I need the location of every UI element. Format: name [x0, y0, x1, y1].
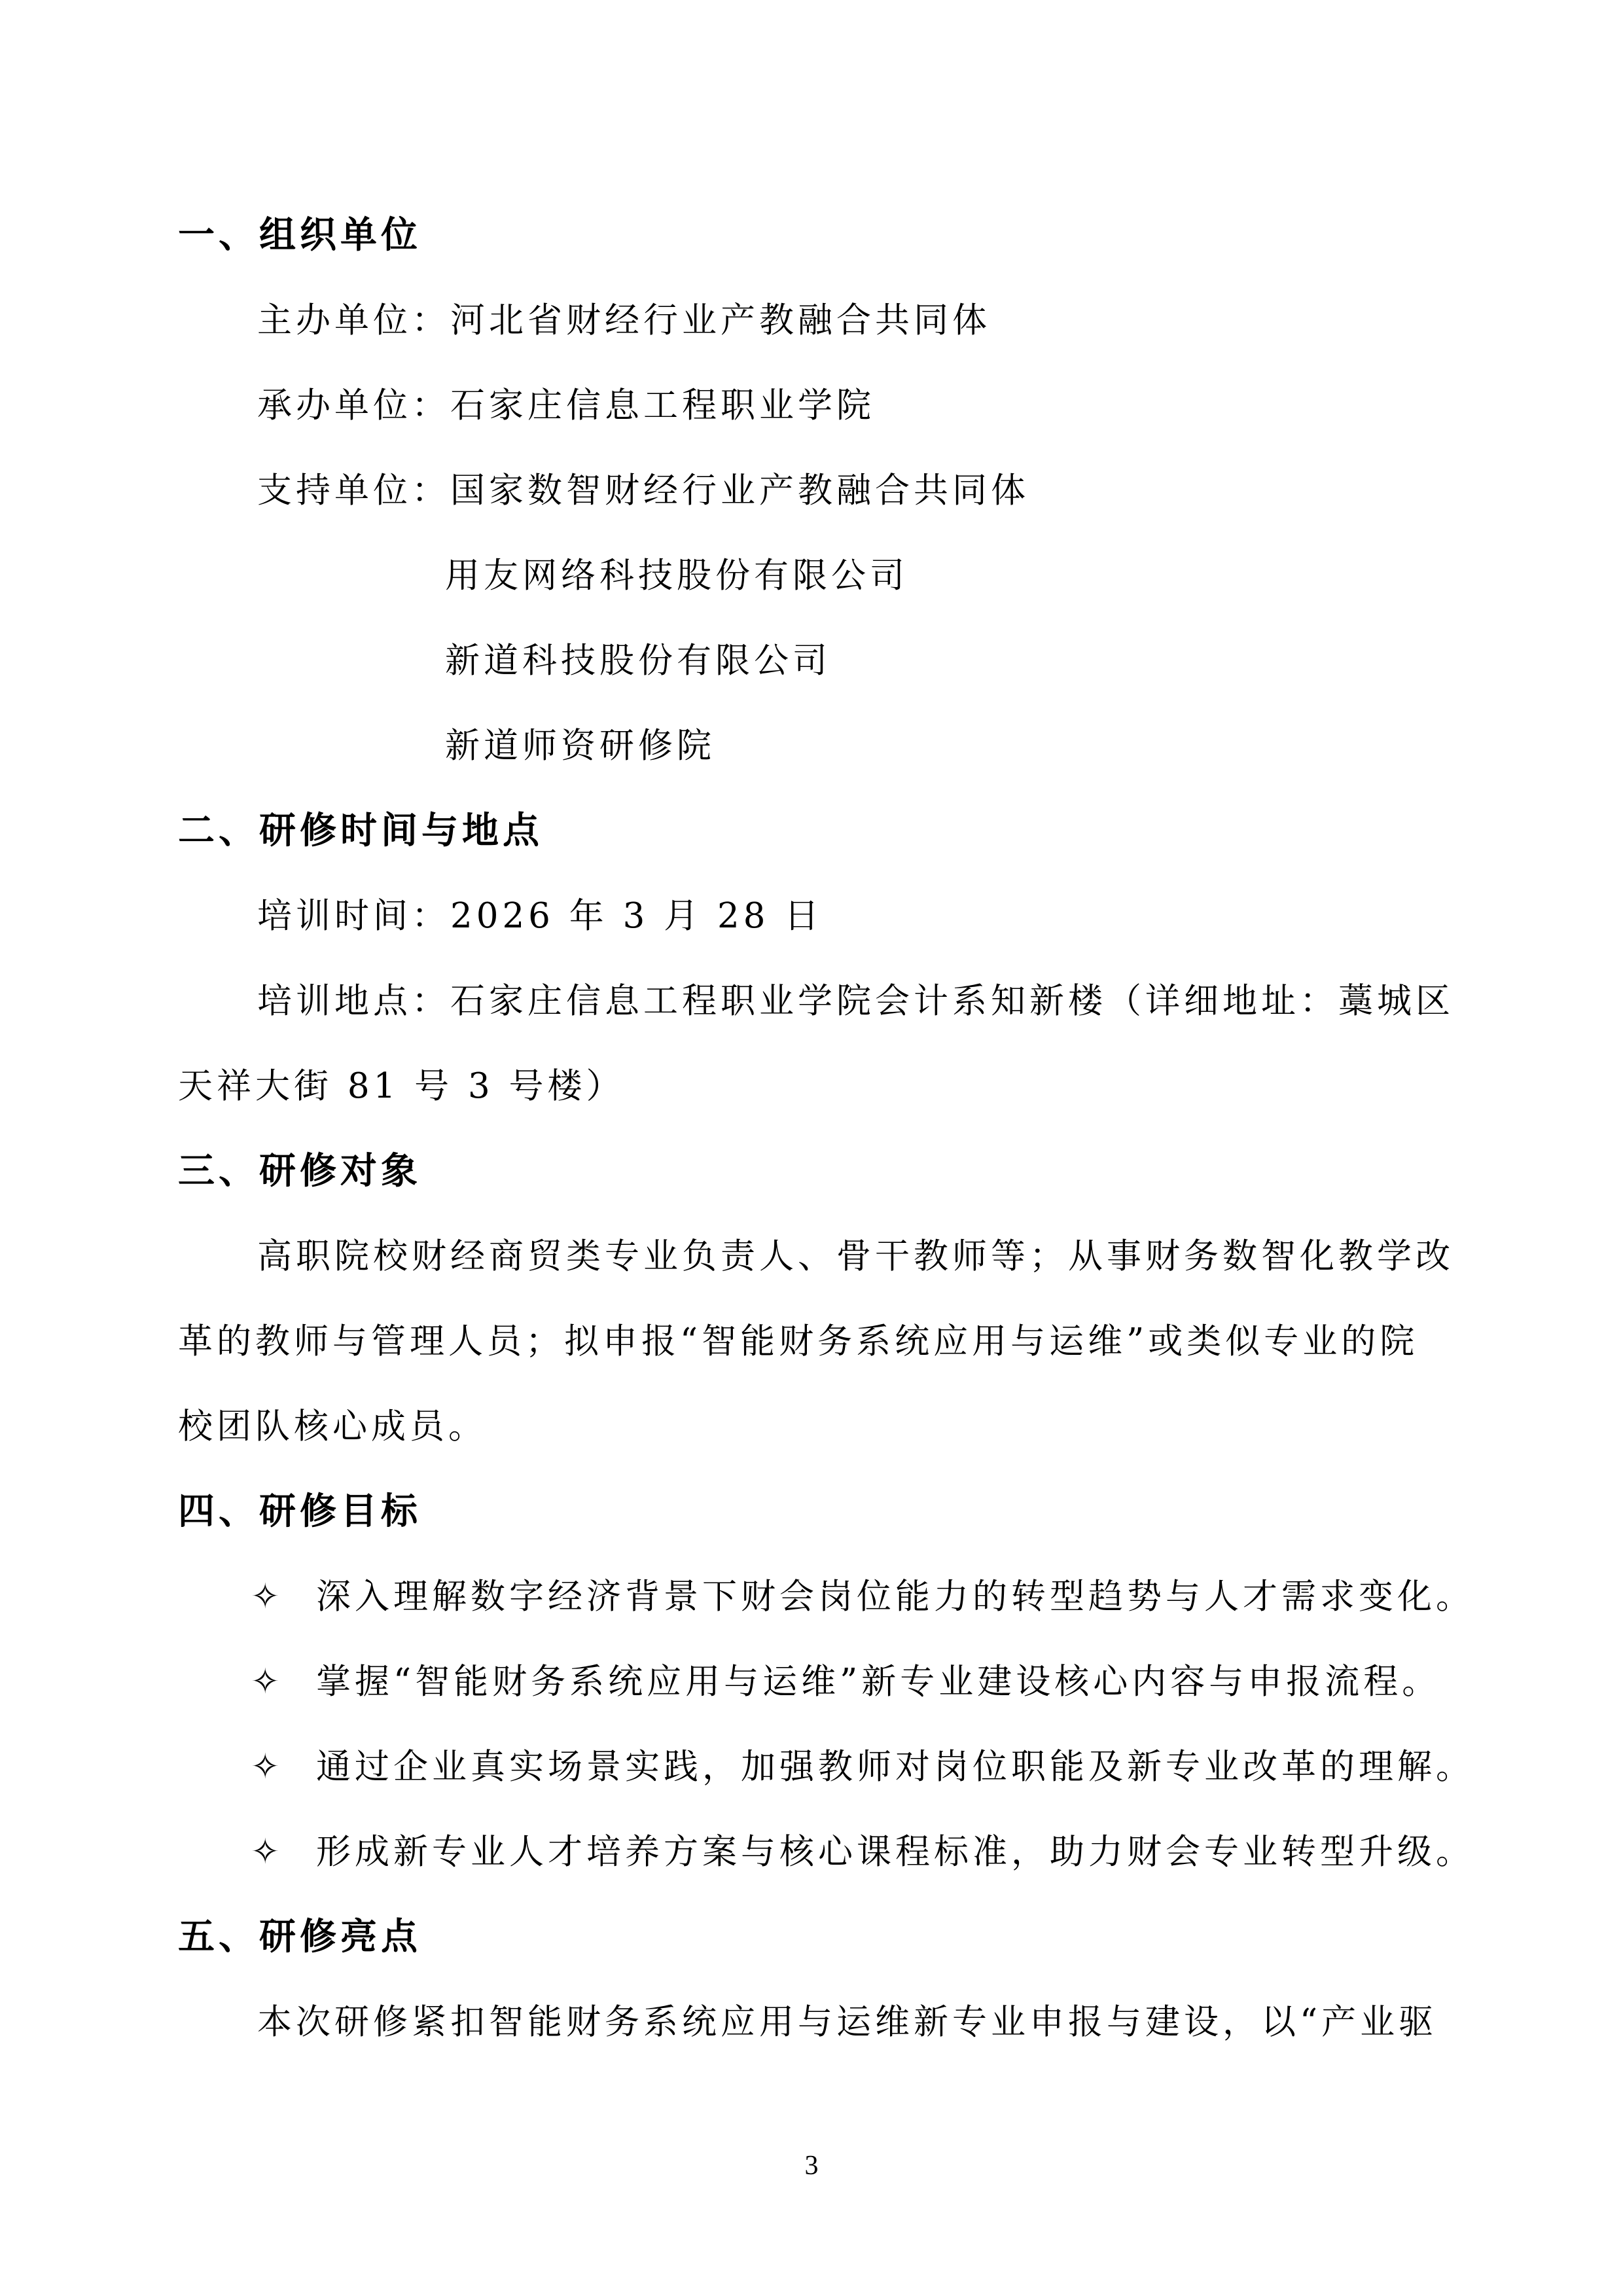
- goal-item: ✧掌握“智能财务系统应用与运维”新专业建设核心内容与申报流程。: [251, 1656, 1440, 1708]
- sparkle-bullet-icon: ✧: [251, 1826, 316, 1878]
- sparkle-bullet-icon: ✧: [251, 1656, 316, 1708]
- training-location: 培训地点：石家庄信息工程职业学院会计系知新楼（详细地址：藁城区: [257, 975, 1454, 1028]
- supporting-unit: 支持单位：国家数智财经行业产教融合共同体: [257, 465, 1029, 517]
- audience-paragraph-line-2: 革的教师与管理人员；拟申报“智能财务系统应用与运维”或类似专业的院: [178, 1316, 1418, 1368]
- goal-item: ✧深入理解数字经济背景下财会岗位能力的转型趋势与人才需求变化。: [251, 1571, 1474, 1623]
- goal-text: 通过企业真实场景实践，加强教师对岗位职能及新专业改革的理解。: [316, 1747, 1474, 1787]
- training-location-cont: 天祥大街 81 号 3 号楼）: [178, 1060, 625, 1113]
- organizer-unit: 承办单位：石家庄信息工程职业学院: [257, 380, 875, 432]
- section-heading-time-place: 二、研修时间与地点: [178, 805, 543, 857]
- goal-text: 深入理解数字经济背景下财会岗位能力的转型趋势与人才需求变化。: [316, 1577, 1474, 1617]
- sparkle-bullet-icon: ✧: [251, 1741, 316, 1793]
- supporting-unit-4: 新道师资研修院: [445, 720, 715, 772]
- section-heading-audience: 三、研修对象: [178, 1145, 421, 1198]
- goal-text: 掌握“智能财务系统应用与运维”新专业建设核心内容与申报流程。: [316, 1662, 1440, 1702]
- audience-paragraph-line-1: 高职院校财经商贸类专业负责人、骨干教师等；从事财务数智化教学改: [257, 1230, 1454, 1283]
- section-heading-goals: 四、研修目标: [178, 1486, 421, 1538]
- supporting-unit-2: 用友网络科技股份有限公司: [445, 550, 908, 602]
- host-unit: 主办单位：河北省财经行业产教融合共同体: [257, 295, 991, 347]
- section-heading-highlights: 五、研修亮点: [178, 1911, 421, 1964]
- goal-item: ✧形成新专业人才培养方案与核心课程标准，助力财会专业转型升级。: [251, 1826, 1474, 1878]
- supporting-unit-3: 新道科技股份有限公司: [445, 635, 831, 687]
- training-time: 培训时间：2026 年 3 月 28 日: [257, 890, 823, 942]
- page-number: 3: [0, 2150, 1623, 2181]
- goal-text: 形成新专业人才培养方案与核心课程标准，助力财会专业转型升级。: [316, 1832, 1474, 1872]
- goal-item: ✧通过企业真实场景实践，加强教师对岗位职能及新专业改革的理解。: [251, 1741, 1474, 1793]
- section-heading-organizers: 一、组织单位: [178, 209, 421, 262]
- audience-paragraph-line-3: 校团队核心成员。: [178, 1401, 487, 1453]
- highlights-paragraph-line-1: 本次研修紧扣智能财务系统应用与运维新专业申报与建设，以“产业驱: [257, 1996, 1437, 2049]
- sparkle-bullet-icon: ✧: [251, 1571, 316, 1623]
